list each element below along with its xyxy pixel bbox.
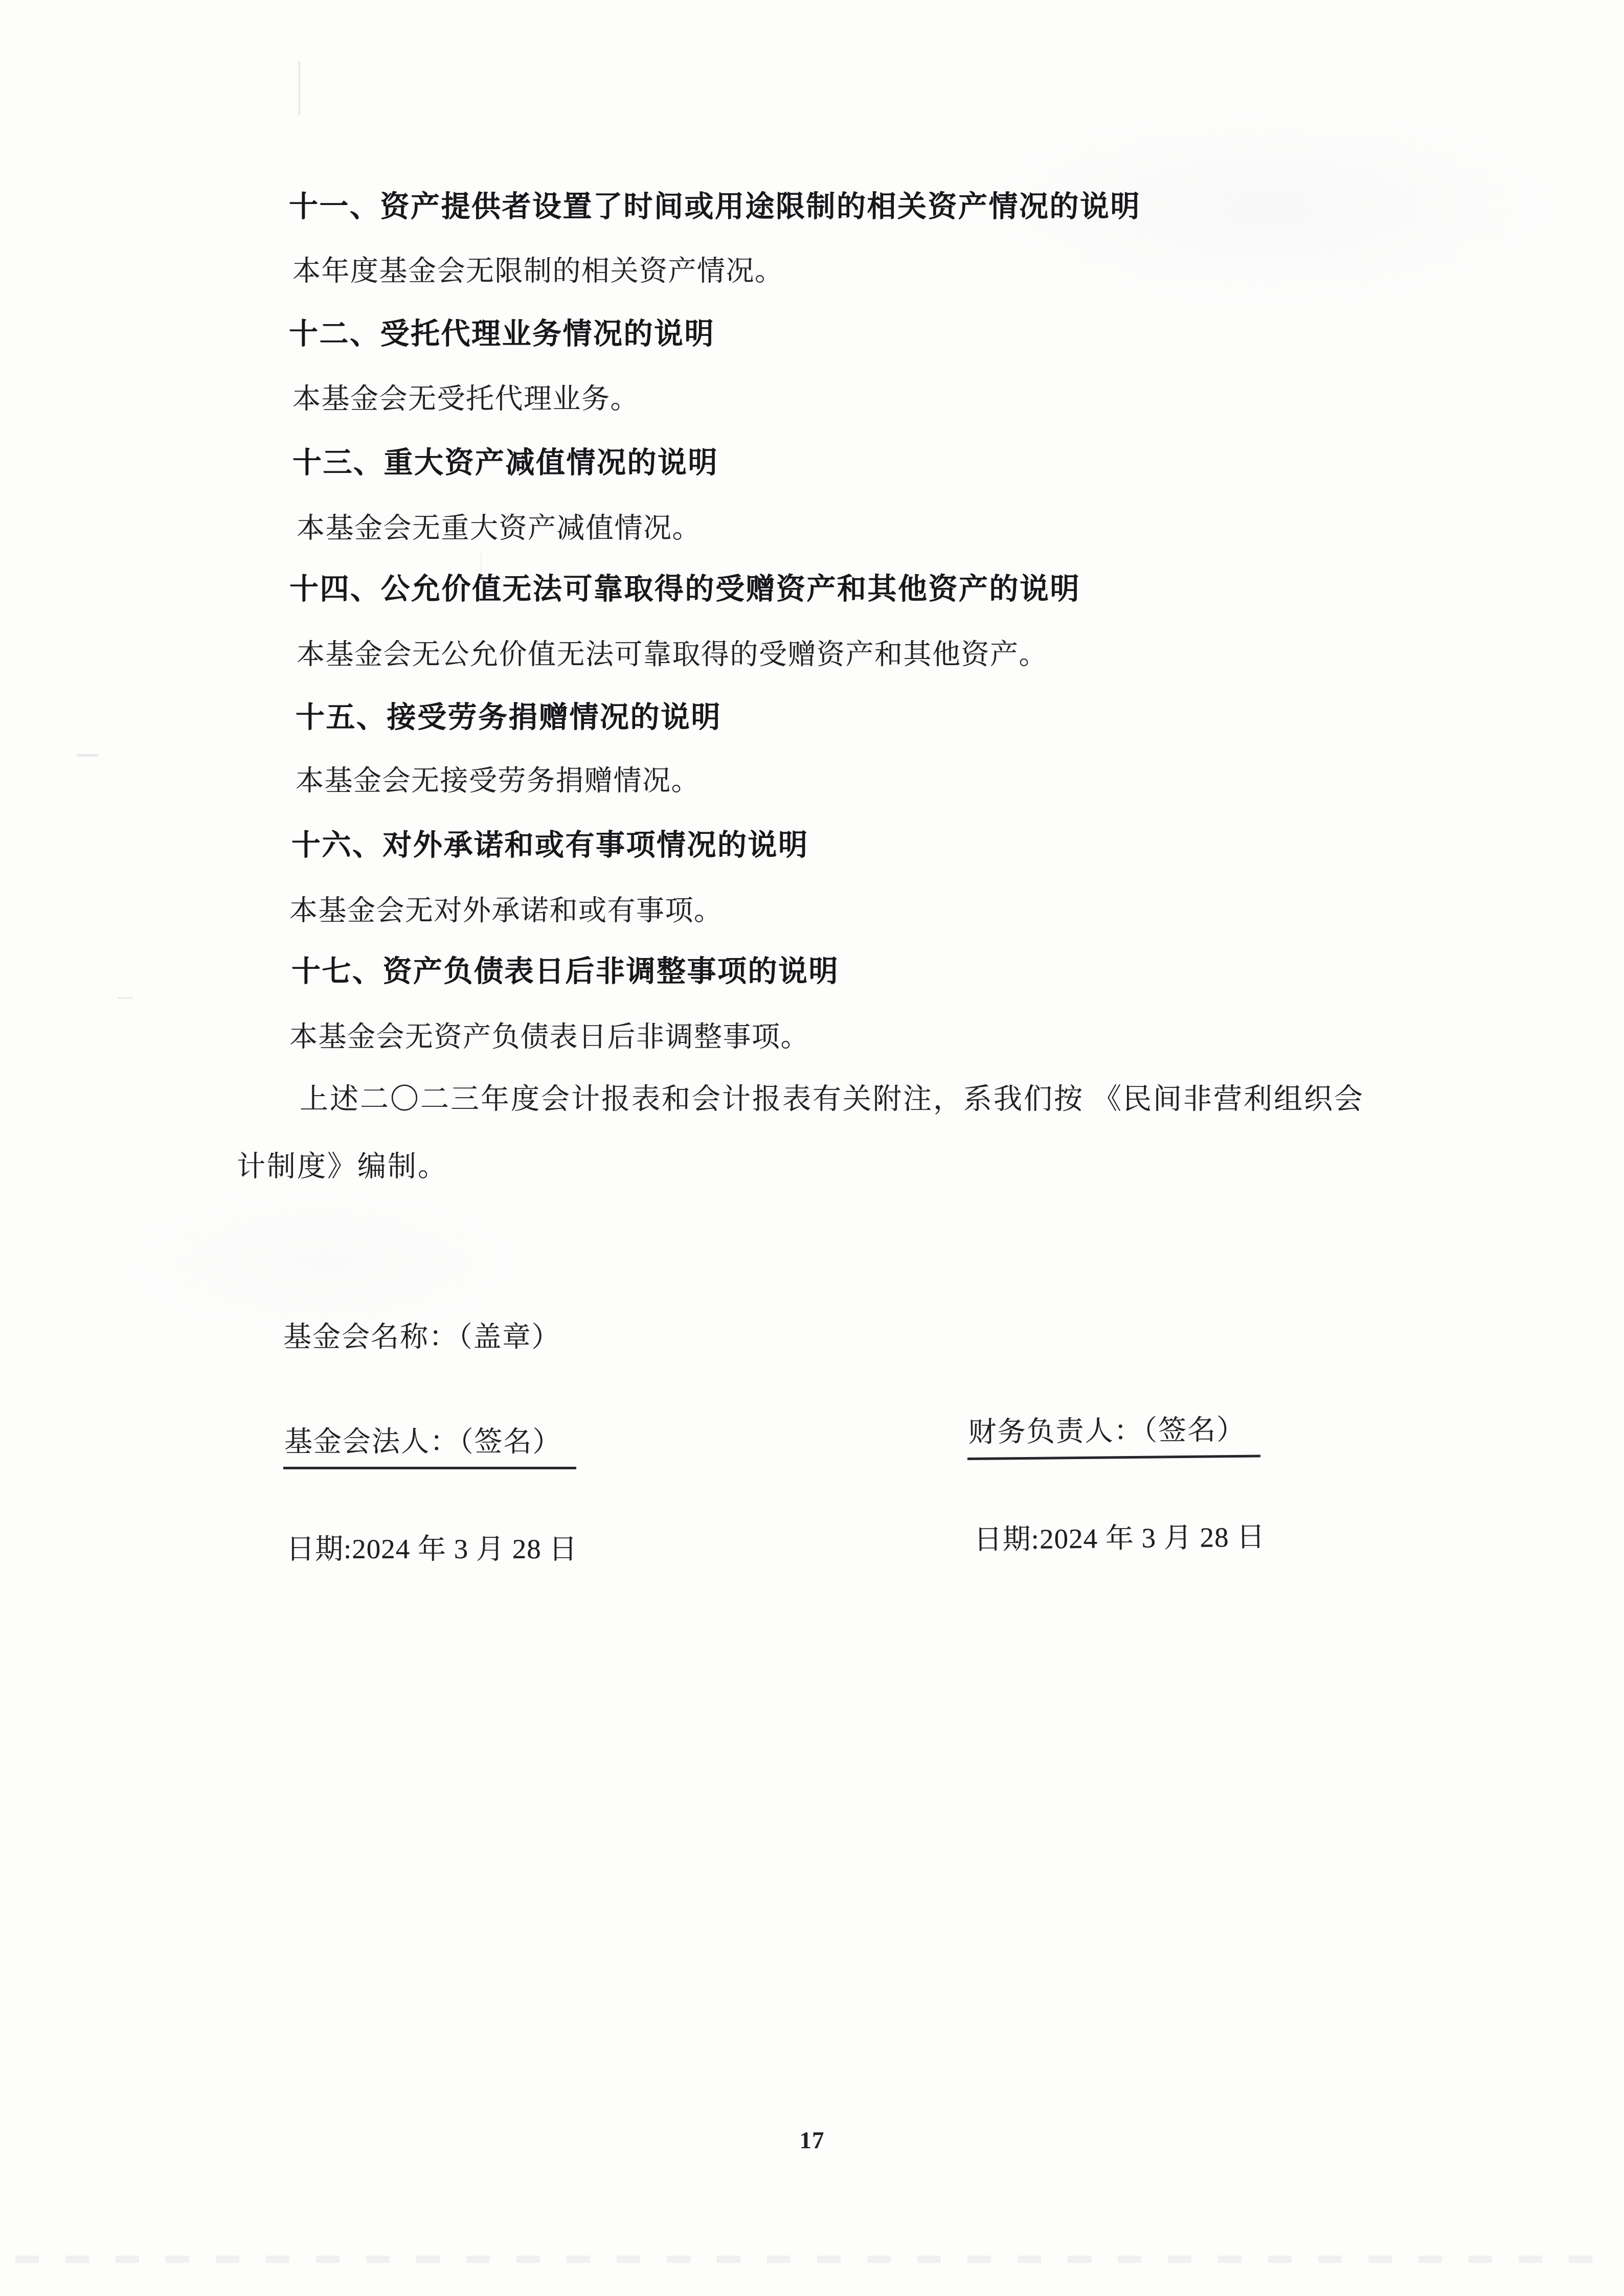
section-13-body: 本基金会无重大资产减值情况。: [297, 512, 701, 544]
section-11-heading: 十一、资产提供者设置了时间或用途限制的相关资产情况的说明: [289, 190, 1141, 224]
section-15-body: 本基金会无接受劳务捐赠情况。: [296, 764, 700, 797]
section-11-body: 本年度基金会无限制的相关资产情况。: [292, 255, 784, 287]
section-17-body: 本基金会无资产负债表日后非调整事项。: [289, 1020, 809, 1053]
section-16-heading: 十六、对外承诺和或有事项情况的说明: [291, 829, 809, 862]
document-page: 十一、资产提供者设置了时间或用途限制的相关资产情况的说明 本年度基金会无限制的相…: [0, 0, 1624, 2296]
section-14-heading: 十四、公允价值无法可靠取得的受赠资产和其他资产的说明: [289, 573, 1080, 606]
section-12-heading: 十二、受托代理业务情况的说明: [289, 317, 715, 351]
scan-artifact: [118, 997, 133, 999]
scan-artifact: [299, 61, 300, 115]
date-left: 日期:2024 年 3 月 28 日: [286, 1533, 578, 1565]
section-13-heading: 十三、重大资产减值情况的说明: [292, 446, 718, 480]
section-16-body: 本基金会无对外承诺和或有事项。: [289, 894, 723, 926]
page-number: 17: [0, 2127, 1624, 2154]
closing-paragraph-line2: 计制度》编制。: [237, 1150, 448, 1183]
date-right: 日期:2024 年 3 月 28 日: [974, 1521, 1265, 1556]
scan-artifact: [77, 754, 98, 757]
legal-representative-signature-label: 基金会法人：（签名）: [283, 1425, 576, 1469]
finance-officer-signature-label: 财务负责人：（签名）: [967, 1414, 1260, 1461]
section-17-heading: 十七、资产负债表日后非调整事项的说明: [291, 955, 839, 989]
section-14-body: 本基金会无公允价值无法可靠取得的受赠资产和其他资产。: [297, 638, 1048, 670]
section-12-body: 本基金会无受托代理业务。: [292, 382, 639, 415]
foundation-seal-label: 基金会名称：（盖章）: [283, 1321, 561, 1353]
scan-edge-artifact: [15, 2256, 1604, 2263]
section-15-heading: 十五、接受劳务捐赠情况的说明: [296, 701, 721, 735]
closing-paragraph-line1: 上述二〇二三年度会计报表和会计报表有关附注，系我们按 《民间非营利组织会: [300, 1083, 1364, 1116]
